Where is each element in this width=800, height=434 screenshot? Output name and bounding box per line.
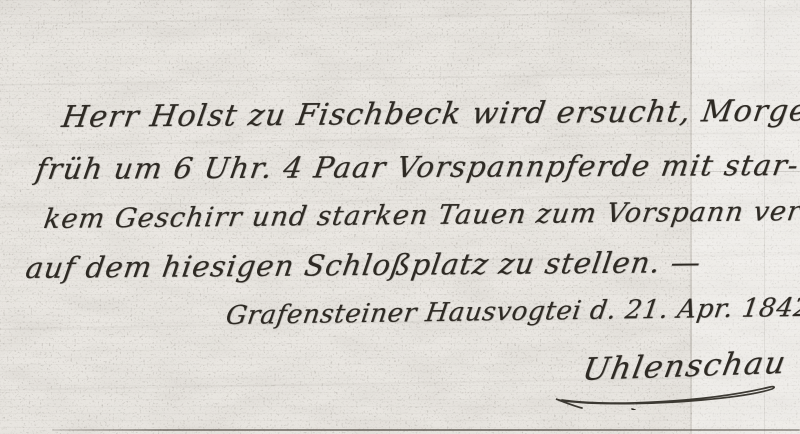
handwritten-line-3: kem Geschirr und starken Tauen zum Vorsp… <box>42 195 800 235</box>
handwritten-line-2: früh um 6 Uhr. 4 Paar Vorspannpferde mit… <box>33 148 800 186</box>
scanned-document: Herr Holst zu Fischbeck wird ersucht, Mo… <box>0 0 800 434</box>
handwritten-line-1: Herr Holst zu Fischbeck wird ersucht, Mo… <box>59 93 800 135</box>
scan-edge-shadow <box>52 429 800 431</box>
handwritten-line-4: auf dem hiesigen Schloßplatz zu stellen.… <box>23 245 703 285</box>
handwritten-dateline: Grafensteiner Hausvogtei d. 21. Apr. 184… <box>224 293 800 331</box>
signature: Uhlenschau <box>580 345 790 388</box>
